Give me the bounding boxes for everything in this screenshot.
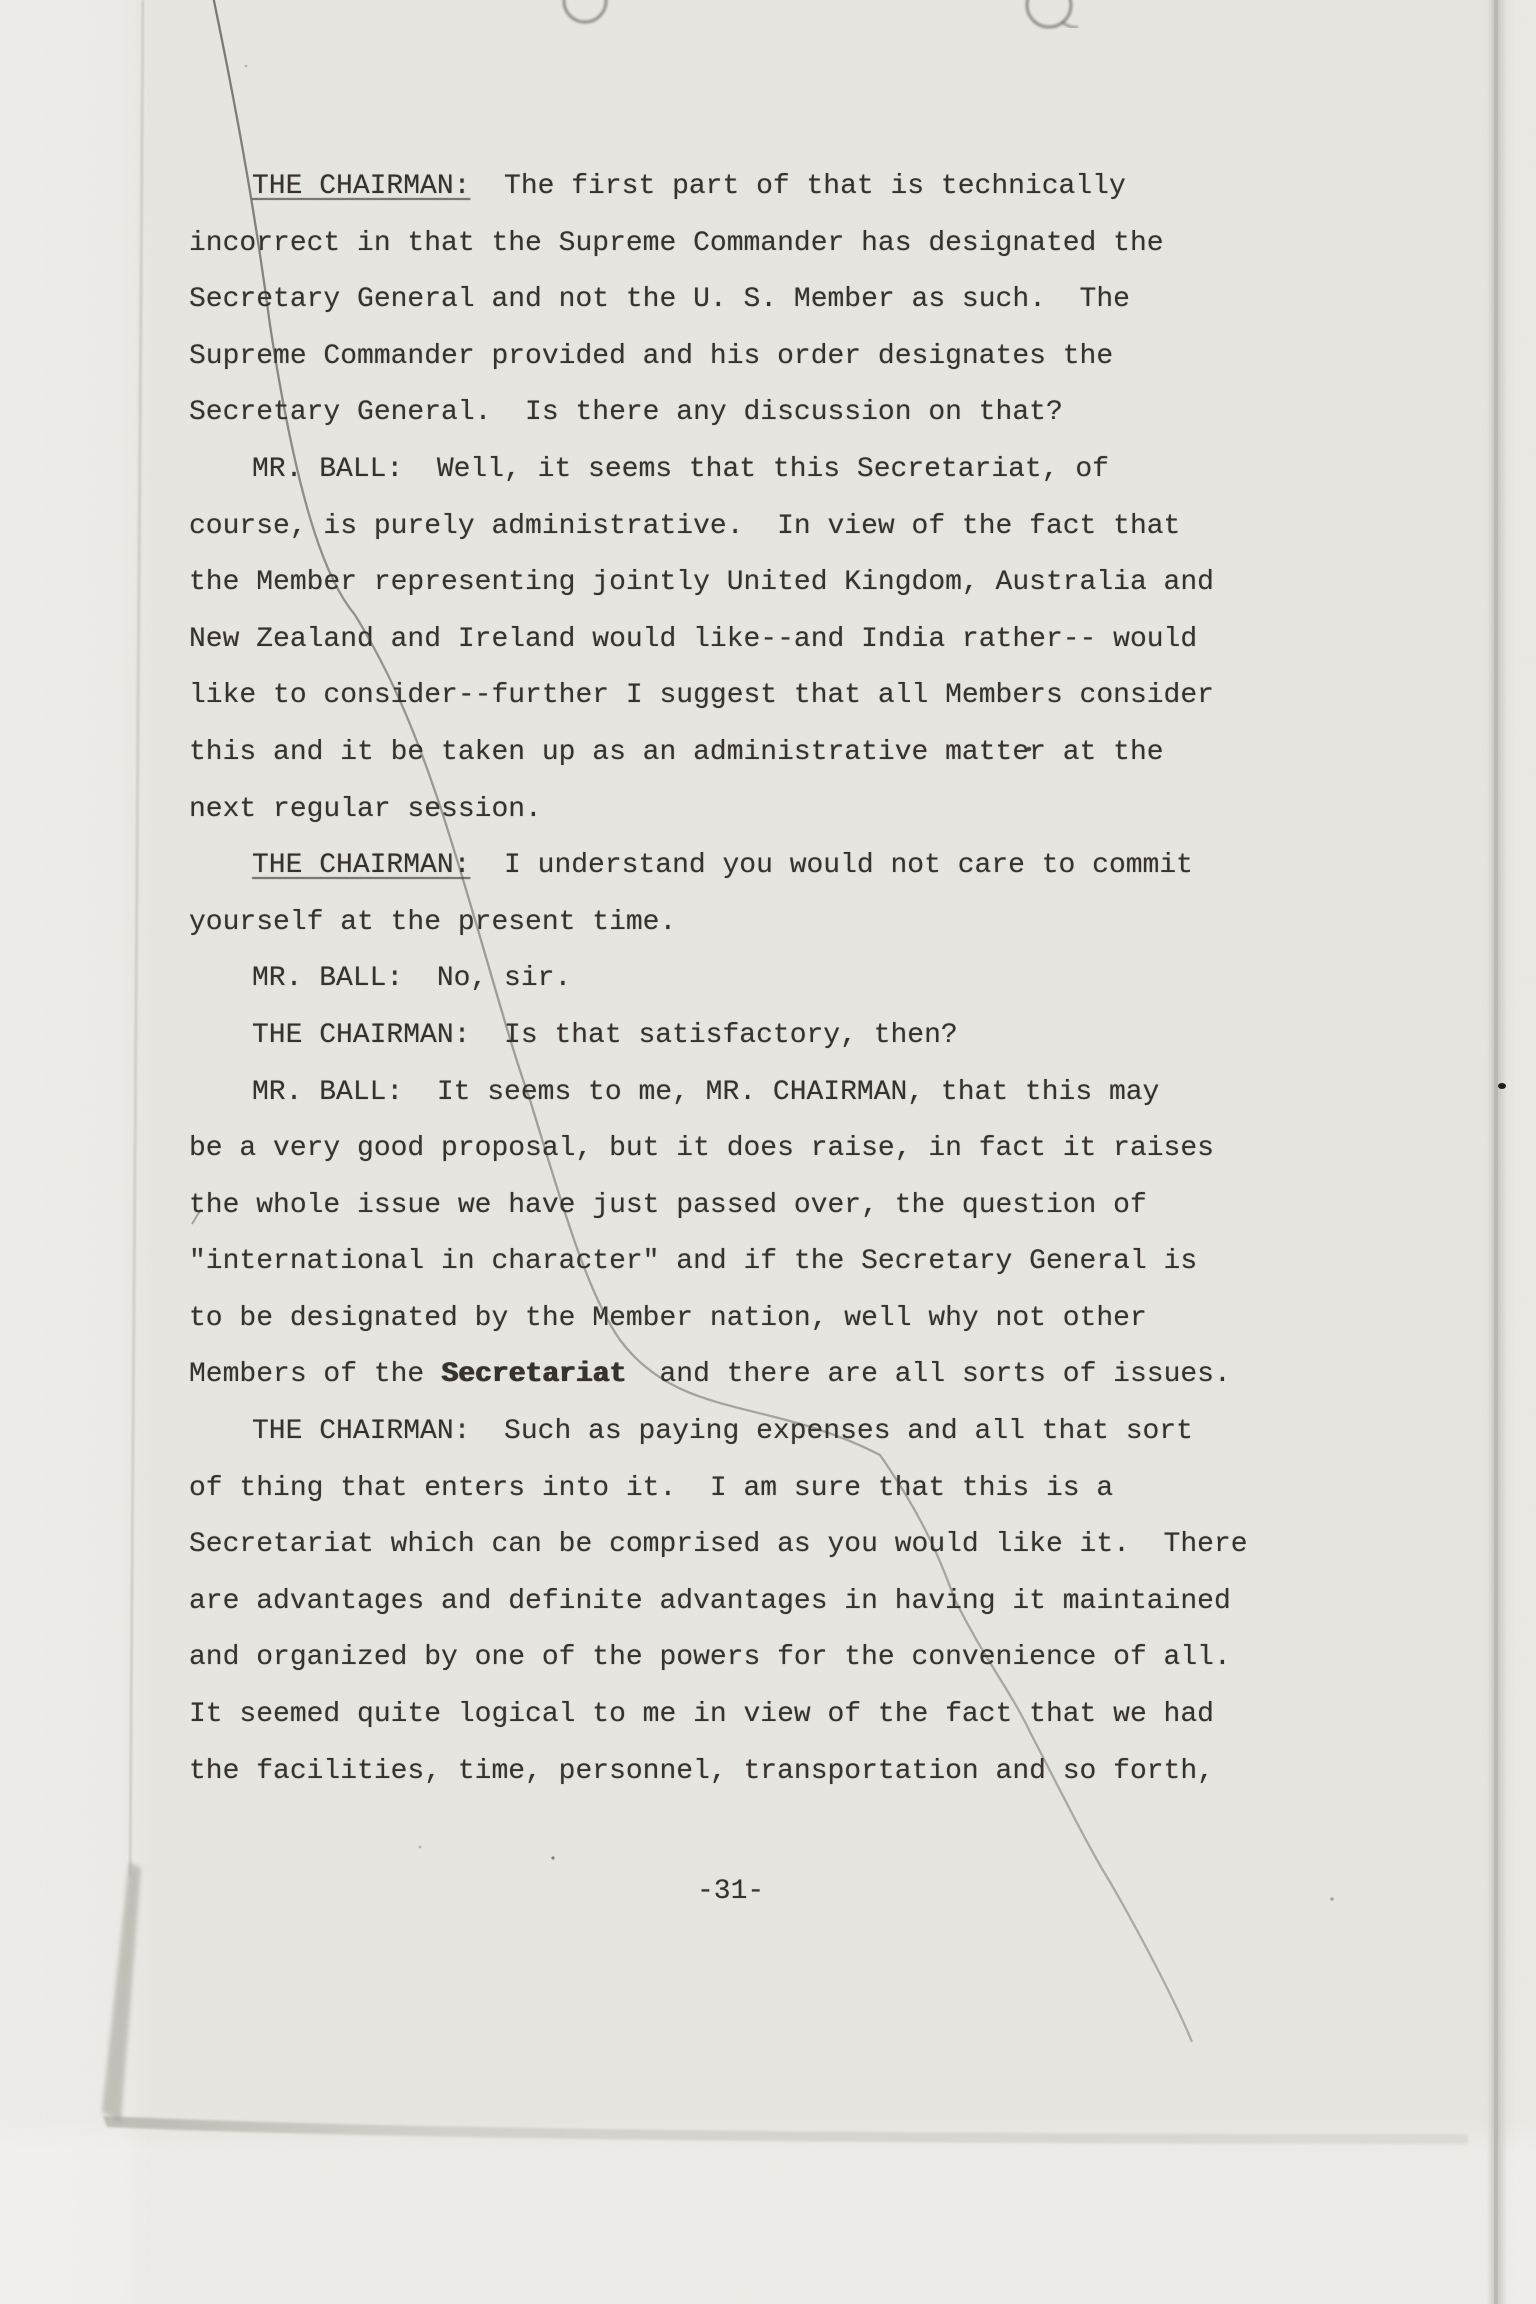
text-run: The first part of that is technically: [470, 171, 1125, 202]
text-line: and organized by one of the powers for t…: [189, 1630, 1349, 1687]
text-line: New Zealand and Ireland would like--and …: [189, 612, 1349, 669]
speaker-label: THE CHAIRMAN:: [252, 171, 470, 202]
text-line: to be designated by the Member nation, w…: [189, 1291, 1349, 1348]
text-run: MR. BALL: No, sir.: [252, 963, 571, 994]
text-run: Secretary General. Is there any discussi…: [189, 397, 1063, 428]
text-run: of thing that enters into it. I am sure …: [189, 1473, 1113, 1504]
text-line: incorrect in that the Supreme Commander …: [189, 216, 1349, 273]
ink-speck: [1330, 1897, 1334, 1901]
text-run: Supreme Commander provided and his order…: [189, 341, 1113, 372]
text-run: the Member representing jointly United K…: [189, 567, 1214, 598]
speaker-label: THE CHAIRMAN:: [252, 850, 470, 881]
text-run: "international in character" and if the …: [189, 1246, 1197, 1277]
text-run: New Zealand and Ireland would like--and …: [189, 624, 1197, 655]
text-line: THE CHAIRMAN: I understand you would not…: [189, 838, 1349, 895]
text-line: It seemed quite logical to me in view of…: [189, 1687, 1349, 1744]
text-line: of thing that enters into it. I am sure …: [189, 1461, 1349, 1518]
text-line: Members of the Secretariat and there are…: [189, 1347, 1349, 1404]
text-run: It seemed quite logical to me in view of…: [189, 1699, 1214, 1730]
text-line: MR. BALL: No, sir.: [189, 951, 1349, 1008]
text-run: the whole issue we have just passed over…: [189, 1190, 1147, 1221]
text-line: THE CHAIRMAN: Such as paying expenses an…: [189, 1404, 1349, 1461]
ink-speck: [419, 1846, 422, 1849]
page-number: -31-: [697, 1864, 764, 1921]
text-line: Secretary General and not the U. S. Memb…: [189, 272, 1349, 329]
right-edge-core: [1494, 0, 1498, 2304]
text-line: MR. BALL: It seems to me, MR. CHAIRMAN, …: [189, 1065, 1349, 1122]
text-block: THE CHAIRMAN: The first part of that is …: [189, 159, 1349, 1800]
text-line: Secretariat which can be comprised as yo…: [189, 1517, 1349, 1574]
text-run: this and it be taken up as an administra…: [189, 737, 1164, 768]
text-run: to be designated by the Member nation, w…: [189, 1303, 1147, 1334]
text-run: incorrect in that the Supreme Commander …: [189, 228, 1164, 259]
text-line: next regular session.: [189, 782, 1349, 839]
ink-speck: [551, 1856, 554, 1859]
text-line: the Member representing jointly United K…: [189, 555, 1349, 612]
overstruck-word: Secretariat: [441, 1359, 626, 1390]
text-run: I understand you would not care to commi…: [470, 850, 1193, 881]
text-run: Secretariat which can be comprised as yo…: [189, 1529, 1248, 1560]
text-run: and there are all sorts of issues.: [626, 1359, 1231, 1390]
text-line: course, is purely administrative. In vie…: [189, 499, 1349, 556]
text-run: the facilities, time, personnel, transpo…: [189, 1756, 1214, 1787]
text-run: are advantages and definite advantages i…: [189, 1586, 1231, 1617]
text-run: THE CHAIRMAN: Is that satisfactory, then…: [252, 1020, 958, 1051]
text-line: MR. BALL: Well, it seems that this Secre…: [189, 442, 1349, 499]
text-line: be a very good proposal, but it does rai…: [189, 1121, 1349, 1178]
text-run: and organized by one of the powers for t…: [189, 1642, 1231, 1673]
scanned-document-page: THE CHAIRMAN: The first part of that is …: [0, 0, 1536, 2304]
text-line: Secretary General. Is there any discussi…: [189, 385, 1349, 442]
text-run: Secretary General and not the U. S. Memb…: [189, 284, 1130, 315]
text-run: be a very good proposal, but it does rai…: [189, 1133, 1214, 1164]
text-line: yourself at the present time.: [189, 895, 1349, 952]
text-line: this and it be taken up as an administra…: [189, 725, 1349, 782]
text-line: "international in character" and if the …: [189, 1234, 1349, 1291]
text-run: course, is purely administrative. In vie…: [189, 511, 1180, 542]
text-line: THE CHAIRMAN: The first part of that is …: [189, 159, 1349, 216]
text-line: are advantages and definite advantages i…: [189, 1574, 1349, 1631]
text-run: THE CHAIRMAN: Such as paying expenses an…: [252, 1416, 1193, 1447]
text-run: yourself at the present time.: [189, 907, 676, 938]
text-run: next regular session.: [189, 794, 542, 825]
ink-speck: [245, 65, 248, 68]
text-line: THE CHAIRMAN: Is that satisfactory, then…: [189, 1008, 1349, 1065]
text-run: like to consider--further I suggest that…: [189, 680, 1214, 711]
text-line: the facilities, time, personnel, transpo…: [189, 1744, 1349, 1801]
text-line: like to consider--further I suggest that…: [189, 668, 1349, 725]
text-run: MR. BALL: Well, it seems that this Secre…: [252, 454, 1109, 485]
text-line: Supreme Commander provided and his order…: [189, 329, 1349, 386]
text-line: the whole issue we have just passed over…: [189, 1178, 1349, 1235]
text-run: Members of the: [189, 1359, 441, 1390]
ink-speck: [1498, 1083, 1506, 1089]
text-run: MR. BALL: It seems to me, MR. CHAIRMAN, …: [252, 1077, 1159, 1108]
